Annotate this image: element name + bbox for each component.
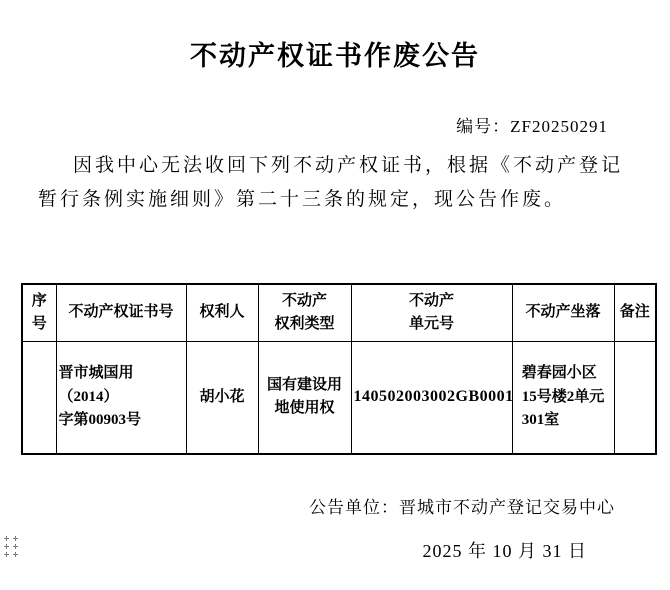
- dot: [13, 544, 18, 549]
- cell-serial-no: [22, 341, 56, 454]
- dot: [4, 544, 9, 549]
- table-row: 晋市城国用（2014） 字第00903号 胡小花 国有建设用 地使用权 1405…: [22, 341, 656, 454]
- drag-handle-dots-icon[interactable]: [4, 536, 18, 557]
- certificate-no-text: 晋市城国用（2014） 字第00903号: [59, 362, 184, 432]
- invalidated-certificates-table: 序 号 不动产权证书号 权利人 不动产 权利类型 不动产 单元号 不动产坐落 备…: [21, 283, 657, 455]
- notice-paragraph-line2: 暂行条例实施细则》第二十三条的规定，现公告作废。: [38, 183, 638, 217]
- header-location: 不动产坐落: [512, 284, 614, 341]
- location-text: 碧春园小区 15号楼2单元 301室: [522, 362, 605, 432]
- cell-location: 碧春园小区 15号楼2单元 301室: [512, 341, 614, 454]
- header-remarks: 备注: [614, 284, 656, 341]
- issue-date: 2025 年 10 月 31 日: [423, 537, 588, 563]
- header-serial-no: 序 号: [22, 284, 56, 341]
- announcement-document: 不动产权证书作废公告 编号：ZF20250291 因我中心无法收回下列不动产权证…: [0, 0, 670, 590]
- document-number: 编号：ZF20250291: [456, 112, 608, 137]
- page-title: 不动产权证书作废公告: [0, 34, 670, 73]
- header-right-holder: 权利人: [186, 284, 258, 341]
- header-right-type: 不动产 权利类型: [258, 284, 351, 341]
- notice-paragraph-line1: 因我中心无法收回下列不动产权证书，根据《不动产登记: [38, 149, 638, 183]
- cell-right-holder: 胡小花: [186, 341, 258, 454]
- cell-certificate-no: 晋市城国用（2014） 字第00903号: [56, 341, 186, 454]
- dot: [13, 552, 18, 557]
- cell-unit-no: 140502003002GB00017: [351, 341, 512, 454]
- notice-paragraph: 因我中心无法收回下列不动产权证书，根据《不动产登记 暂行条例实施细则》第二十三条…: [38, 149, 638, 217]
- cell-right-type: 国有建设用 地使用权: [258, 341, 351, 454]
- issuing-unit: 公告单位：晋城市不动产登记交易中心: [309, 493, 615, 518]
- cell-remarks: [614, 341, 656, 454]
- header-certificate-no: 不动产权证书号: [56, 284, 186, 341]
- table-header-row: 序 号 不动产权证书号 权利人 不动产 权利类型 不动产 单元号 不动产坐落 备…: [22, 284, 656, 341]
- header-unit-no: 不动产 单元号: [351, 284, 512, 341]
- dot: [4, 552, 9, 557]
- dot: [4, 536, 9, 541]
- dot: [13, 536, 18, 541]
